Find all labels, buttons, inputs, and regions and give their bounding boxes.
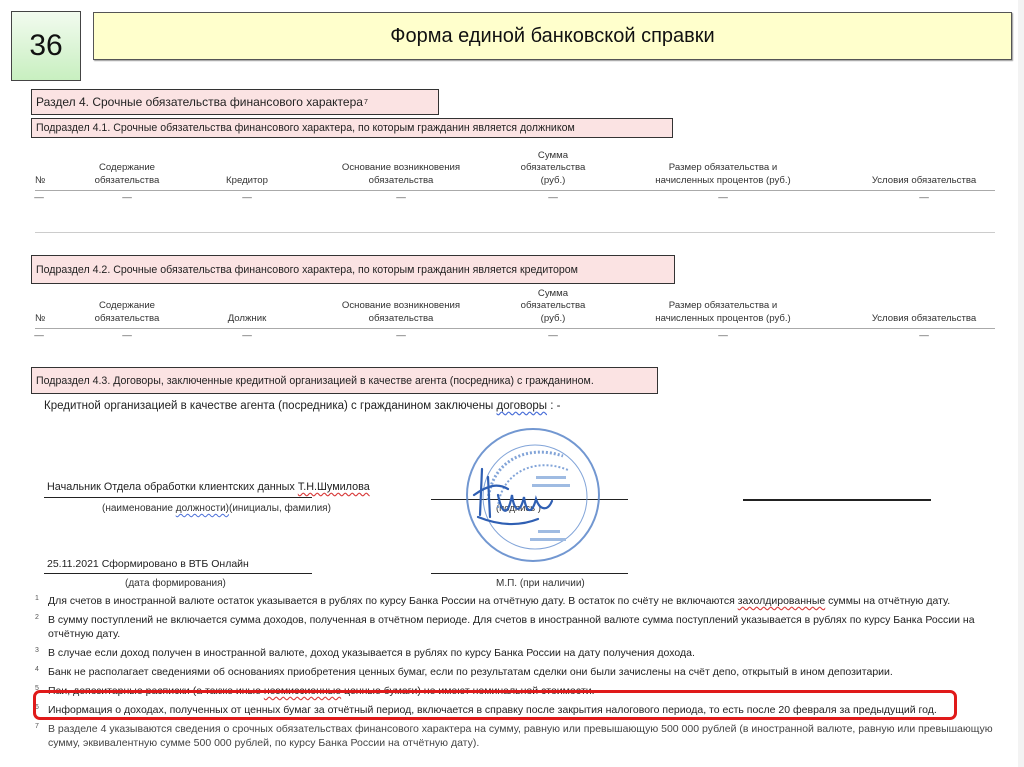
subsection-4-1-title: Подраздел 4.1. Срочные обязательства фин… bbox=[36, 122, 575, 134]
table-cell: — bbox=[396, 330, 406, 341]
date-line bbox=[44, 573, 312, 574]
table-cell: — bbox=[34, 192, 44, 203]
document-page: 36 Форма единой банковской справки Разде… bbox=[0, 0, 1024, 767]
table-header: №СодержаниеобязательстваКредиторОсновани… bbox=[35, 146, 995, 191]
footnote-ref: 7 bbox=[364, 99, 368, 106]
highlight-frame bbox=[33, 690, 957, 720]
footnote-number: 7 bbox=[35, 720, 39, 734]
column-header: Должник bbox=[157, 313, 337, 326]
column-header: Размер обязательства иначисленных процен… bbox=[633, 162, 813, 187]
column-header: Условия обязательства bbox=[834, 313, 1014, 326]
footnote-3: 3В случае если доход получен в иностранн… bbox=[35, 646, 995, 660]
spellcheck-word: захолдированные bbox=[738, 595, 825, 607]
credits-table: №СодержаниеобязательстваДолжникОснование… bbox=[35, 284, 995, 345]
table-cell: — bbox=[718, 330, 728, 341]
slide-title: Форма единой банковской справки bbox=[93, 12, 1012, 60]
position-signature-line bbox=[44, 497, 312, 498]
slide-number: 36 bbox=[11, 11, 81, 81]
footnote-2: 2В сумму поступлений не включается сумма… bbox=[35, 613, 995, 641]
agent-contracts-statement: Кредитной организацией в качестве агента… bbox=[44, 400, 560, 412]
table-cell: — bbox=[122, 192, 132, 203]
subsection-4-1-header: Подраздел 4.1. Срочные обязательства фин… bbox=[31, 118, 673, 138]
table-cell: — bbox=[396, 192, 406, 203]
footnote-1: 1Для счетов в иностранной валюте остаток… bbox=[35, 594, 995, 608]
footnote-number: 2 bbox=[35, 611, 39, 625]
table-cell: — bbox=[242, 192, 252, 203]
table-cell: — bbox=[242, 330, 252, 341]
date-caption: (дата формирования) bbox=[125, 578, 226, 589]
column-header: Кредитор bbox=[157, 175, 337, 188]
scrollbar[interactable] bbox=[1018, 0, 1024, 767]
table-cell: — bbox=[718, 192, 728, 203]
table-row: ——————— bbox=[35, 191, 995, 207]
table-cell: — bbox=[34, 330, 44, 341]
subsection-4-2-title: Подраздел 4.2. Срочные обязательства фин… bbox=[36, 264, 578, 276]
table-cell: — bbox=[548, 330, 558, 341]
column-header: Суммаобязательства(руб.) bbox=[463, 288, 643, 326]
seal-line bbox=[431, 573, 628, 574]
subsection-4-3-title: Подраздел 4.3. Договоры, заключенные кре… bbox=[36, 375, 594, 387]
debts-table: №СодержаниеобязательстваКредиторОсновани… bbox=[35, 146, 995, 207]
section-4-header: Раздел 4. Срочные обязательства финансов… bbox=[31, 89, 439, 115]
table-cell: — bbox=[919, 192, 929, 203]
table-header: №СодержаниеобязательстваДолжникОснование… bbox=[35, 284, 995, 329]
position-caption: (наименование должности)(инициалы, фамил… bbox=[102, 503, 331, 514]
table-cell: — bbox=[548, 192, 558, 203]
footnote-number: 4 bbox=[35, 663, 39, 677]
spellcheck-word: договоры bbox=[497, 400, 547, 412]
signer-name: Т.Н.Шумилова bbox=[298, 481, 370, 493]
seal-caption: М.П. (при наличии) bbox=[496, 578, 585, 589]
generation-date: 25.11.2021 Сформировано в ВТБ Онлайн bbox=[47, 558, 249, 570]
subsection-4-2-header: Подраздел 4.2. Срочные обязательства фин… bbox=[31, 255, 675, 284]
footnote-number: 3 bbox=[35, 644, 39, 658]
section-4-title: Раздел 4. Срочные обязательства финансов… bbox=[36, 95, 363, 109]
footnote-7: 7В разделе 4 указываются сведения о сроч… bbox=[35, 722, 995, 750]
column-header: Суммаобязательства(руб.) bbox=[463, 150, 643, 188]
footnote-number: 1 bbox=[35, 592, 39, 606]
column-header: Размер обязательства иначисленных процен… bbox=[633, 300, 813, 325]
table-cell: — bbox=[122, 330, 132, 341]
table-cell: — bbox=[919, 330, 929, 341]
subsection-4-3-header: Подраздел 4.3. Договоры, заключенные кре… bbox=[31, 367, 658, 394]
table-row: ——————— bbox=[35, 329, 995, 345]
footnote-4: 4Банк не располагает сведениями об основ… bbox=[35, 665, 995, 679]
table-divider bbox=[35, 232, 995, 233]
handwritten-signature-icon bbox=[468, 455, 568, 535]
extra-signature-line bbox=[743, 499, 931, 501]
column-header: Условия обязательства bbox=[834, 175, 1014, 188]
signer-position: Начальник Отдела обработки клиентских да… bbox=[47, 481, 370, 493]
footnotes-list: 1Для счетов в иностранной валюте остаток… bbox=[35, 594, 995, 755]
